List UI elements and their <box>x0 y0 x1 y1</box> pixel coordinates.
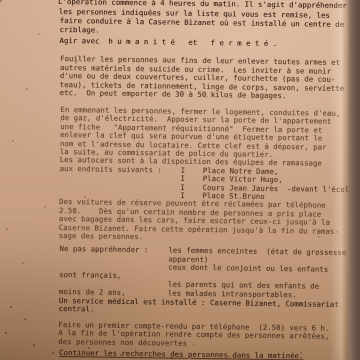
document-line: des personnes non découvertes . <box>58 338 196 349</box>
document-line: Continuer les recherches des personnes d… <box>59 349 303 360</box>
document-text: L'opération commence à 4 heures du matin… <box>0 0 360 360</box>
document-line: Ne pas appréhender : <box>59 245 148 255</box>
document-line: Agir avec h u m a n i t é et f e r m e t… <box>59 37 277 49</box>
page-edge-shadow <box>330 0 360 360</box>
document-line: ceux dont le conjoint ou les enfants <box>168 264 328 275</box>
document-line: sage des personnes. <box>59 232 144 242</box>
document-line: sont français, <box>59 271 121 280</box>
document-line: aux endroits suivants : <box>60 165 162 175</box>
document-line: Un service médical est installé : Casern… <box>59 297 339 310</box>
document-line: criblage. <box>60 26 100 35</box>
document-photo: L'opération commence à 4 heures du matin… <box>0 0 360 360</box>
document-line: central. <box>59 305 95 314</box>
document-line: etc. On peut emporter de 30 à 50 kilos d… <box>60 89 287 101</box>
document-line: faire conduire à la Caserne Bizanet où e… <box>60 17 344 30</box>
